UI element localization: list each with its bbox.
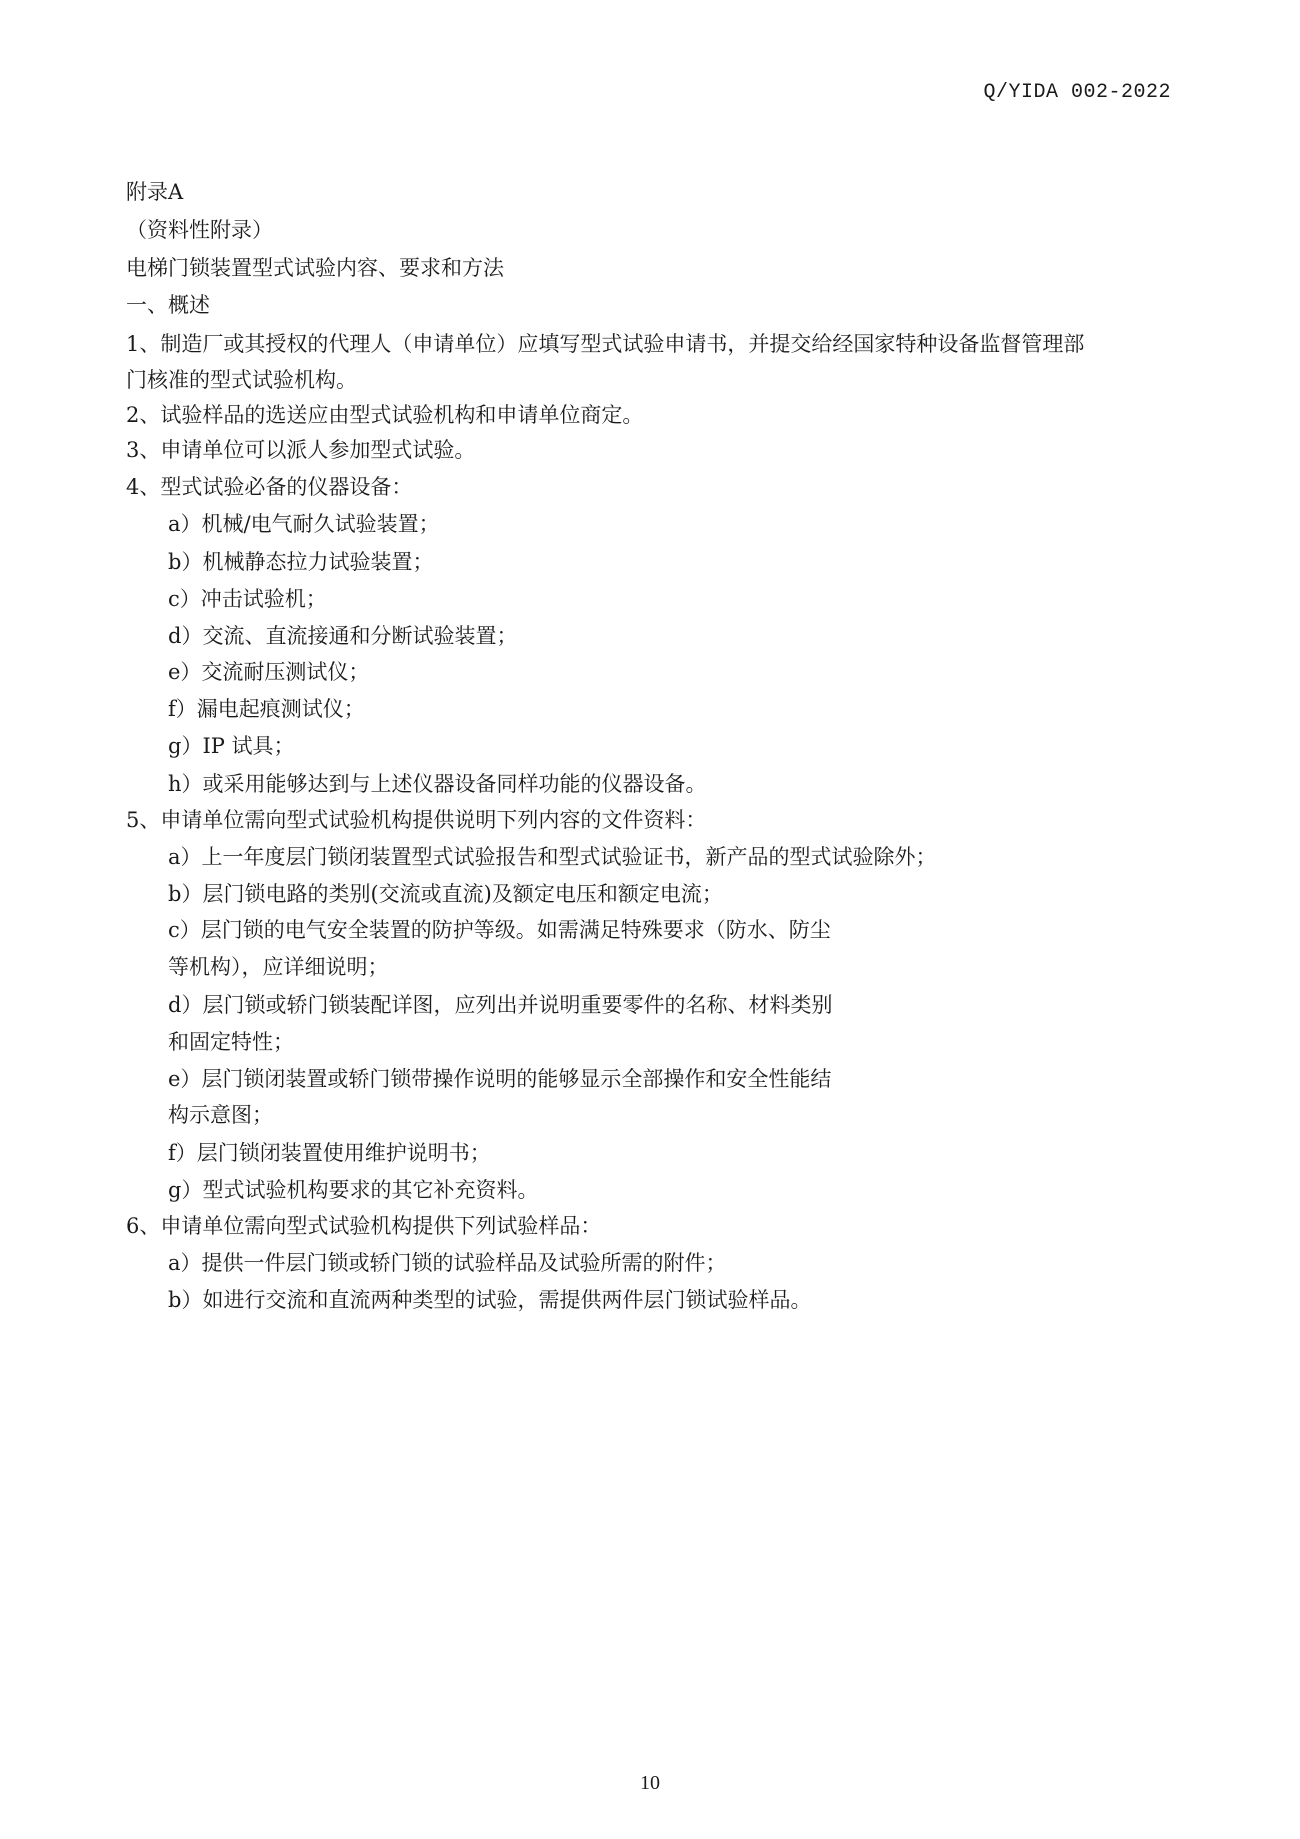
- list-item: e）层门锁闭装置或轿门锁带操作说明的能够显示全部操作和安全性能结: [168, 1065, 831, 1093]
- list-item: c）冲击试验机；: [168, 585, 327, 613]
- list-item: g）型式试验机构要求的其它补充资料。: [168, 1176, 538, 1204]
- list-item: b）层门锁电路的类别(交流或直流)及额定电压和额定电流；: [168, 880, 723, 908]
- list-item: f）漏电起痕测试仪；: [168, 695, 365, 723]
- section-heading: 一、概述: [126, 291, 210, 319]
- list-item: a）上一年度层门锁闭装置型式试验报告和型式试验证书，新产品的型式试验除外；: [168, 843, 937, 871]
- appendix-subject: 电梯门锁装置型式试验内容、要求和方法: [126, 254, 504, 282]
- list-item-continuation: 等机构），应详细说明；: [168, 953, 389, 981]
- list-item: g）IP 试具；: [168, 732, 295, 760]
- list-item: e）交流耐压测试仪；: [168, 658, 369, 686]
- list-item: a）提供一件层门锁或轿门锁的试验样品及试验所需的附件；: [168, 1249, 727, 1277]
- list-item-continuation: 和固定特性；: [168, 1028, 294, 1056]
- paragraph-line: 6、申请单位需向型式试验机构提供下列试验样品：: [126, 1212, 601, 1240]
- list-item: b）如进行交流和直流两种类型的试验，需提供两件层门锁试验样品。: [168, 1286, 811, 1314]
- paragraph-line: 门核准的型式试验机构。: [126, 366, 357, 394]
- appendix-type: （资料性附录）: [126, 216, 273, 244]
- list-item: b）机械静态拉力试验装置；: [168, 548, 433, 576]
- appendix-title: 附录A: [126, 178, 183, 206]
- list-item: h）或采用能够达到与上述仪器设备同样功能的仪器设备。: [168, 770, 707, 798]
- list-item: a）机械/电气耐久试验装置；: [168, 510, 440, 538]
- paragraph-line: 1、制造厂或其授权的代理人（申请单位）应填写型式试验申请书，并提交给经国家特种设…: [126, 330, 1084, 358]
- paragraph-line: 4、型式试验必备的仪器设备：: [126, 473, 412, 501]
- list-item: c）层门锁的电气安全装置的防护等级。如需满足特殊要求（防水、防尘: [168, 916, 831, 944]
- document-code: Q/YIDA 002-2022: [983, 81, 1171, 104]
- list-item: d）层门锁或轿门锁装配详图，应列出并说明重要零件的名称、材料类别: [168, 991, 832, 1019]
- list-item: d）交流、直流接通和分断试验装置；: [168, 622, 517, 650]
- paragraph-line: 3、申请单位可以派人参加型式试验。: [126, 436, 475, 464]
- paragraph-line: 5、申请单位需向型式试验机构提供说明下列内容的文件资料：: [126, 806, 706, 834]
- paragraph-line: 2、试验样品的选送应由型式试验机构和申请单位商定。: [126, 401, 643, 429]
- page-number: 10: [0, 1772, 1300, 1795]
- list-item: f）层门锁闭装置使用维护说明书；: [168, 1139, 491, 1167]
- list-item-continuation: 构示意图；: [168, 1101, 273, 1129]
